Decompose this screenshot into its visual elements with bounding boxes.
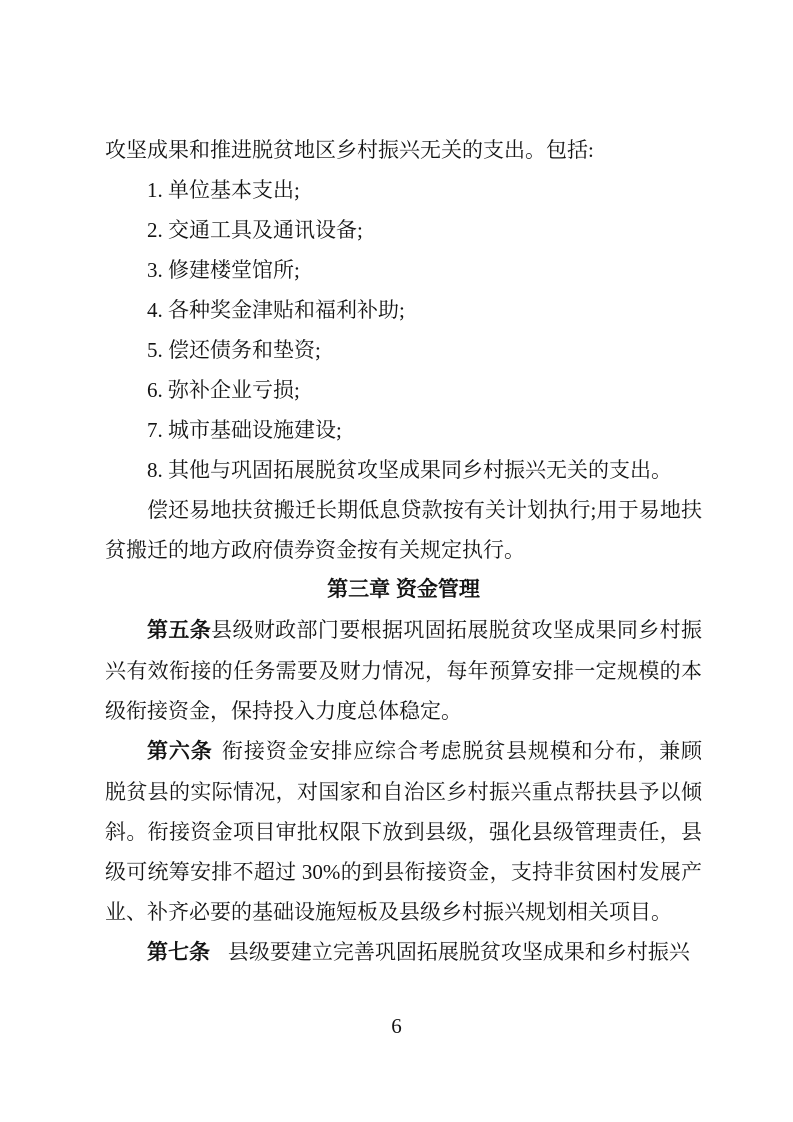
list-item: 1. 单位基本支出; [105, 170, 702, 210]
article-7-text: 县级要建立完善巩固拓展脱贫攻坚成果和乡村振兴 [228, 940, 690, 964]
document-body: 攻坚成果和推进脱贫地区乡村振兴无关的支出。包括: 1. 单位基本支出; 2. 交… [105, 130, 702, 973]
list-item: 8. 其他与巩固拓展脱贫攻坚成果同乡村振兴无关的支出。 [105, 450, 702, 490]
article-6-text: 衔接资金安排应综合考虑脱贫县规模和分布，兼顾脱贫县的实际情况，对国家和自治区乡村… [105, 739, 702, 924]
article-5: 第五条县级财政部门要根据巩固拓展脱贫攻坚成果同乡村振兴有效衔接的任务需要及财力情… [105, 610, 702, 731]
article-6-label: 第六条 [147, 740, 213, 763]
article-7-label: 第七条 [147, 941, 210, 964]
document-page: 攻坚成果和推进脱贫地区乡村振兴无关的支出。包括: 1. 单位基本支出; 2. 交… [0, 0, 793, 1122]
paragraph-repayment: 偿还易地扶贫搬迁长期低息贷款按有关计划执行;用于易地扶贫搬迁的地方政府债券资金按… [105, 490, 702, 570]
list-item: 6. 弥补企业亏损; [105, 370, 702, 410]
list-item: 5. 偿还债务和垫资; [105, 330, 702, 370]
page-number: 6 [0, 1012, 793, 1040]
article-7: 第七条县级要建立完善巩固拓展脱贫攻坚成果和乡村振兴 [105, 932, 702, 973]
article-6: 第六条衔接资金安排应综合考虑脱贫县规模和分布，兼顾脱贫县的实际情况，对国家和自治… [105, 731, 702, 932]
article-5-label: 第五条 [147, 619, 211, 642]
list-item: 3. 修建楼堂馆所; [105, 250, 702, 290]
list-item: 4. 各种奖金津贴和福利补助; [105, 290, 702, 330]
list-item: 7. 城市基础设施建设; [105, 410, 702, 450]
list-item: 2. 交通工具及通讯设备; [105, 210, 702, 250]
chapter-heading: 第三章 资金管理 [105, 570, 702, 610]
paragraph-continuation: 攻坚成果和推进脱贫地区乡村振兴无关的支出。包括: [105, 130, 702, 170]
